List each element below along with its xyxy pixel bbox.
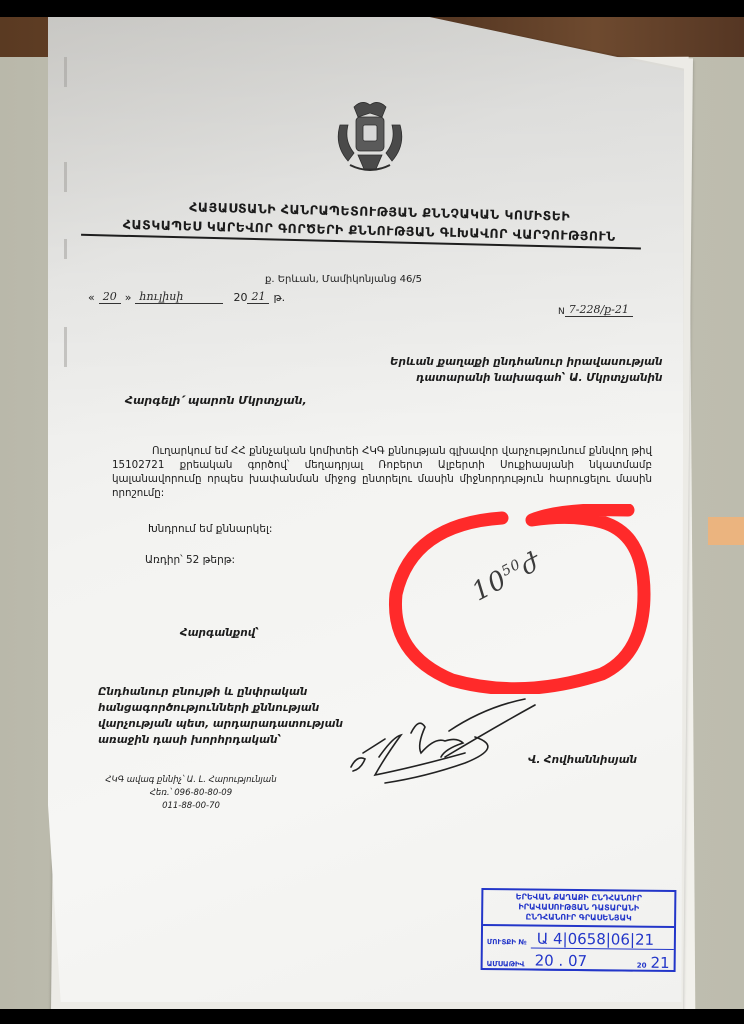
reference-value: 7-228/ք-21: [565, 303, 633, 317]
stamp-date-label: ԱՄՍԱԹԻՎ: [487, 960, 525, 968]
stamp-incoming-value: Ա 4|0658|06|21: [531, 930, 674, 950]
coat-of-arms-icon: [330, 95, 410, 177]
date-suffix: թ.: [273, 291, 285, 304]
stamp-incoming-row: ՄՈՒՏՔԻ № Ա 4|0658|06|21: [483, 926, 674, 950]
stamp-year-prefix: 20: [637, 962, 647, 970]
date-day: 20: [99, 290, 121, 304]
addressee-line-2: դատարանի նախագահ՝ Ա. Մկրտչյանին: [390, 370, 663, 386]
stamp-date-row: ԱՄՍԱԹԻՎ 20 . 07 20 21: [483, 948, 674, 972]
red-circle-annotation: [382, 504, 662, 694]
signer-title-line: հանցագործությունների քննության: [98, 700, 343, 716]
signer-title-line: առաջին դասի խորհրդական՝: [98, 732, 343, 748]
reference-number: N 7-228/ք-21: [558, 303, 633, 317]
staple-mark: [64, 327, 67, 367]
stamp-header: ԵՐԵՎԱՆ ՔԱՂԱՔԻ ԸՆԴՀԱՆՈՒՐ ԻՐԱՎԱՍՈՒԹՅԱՆ ԴԱՏ…: [483, 890, 674, 928]
staple-mark: [64, 239, 67, 259]
executor-contact: ՀԿԳ ավագ քննիչ՝ Ա. Լ. Հարությունյան Հեռ.…: [96, 774, 286, 813]
executor-phone-1: Հեռ.՝ 096-80-80-09: [96, 787, 286, 800]
executor-phone-2: 011-88-00-70: [96, 800, 286, 813]
orange-sticky-tab: [708, 517, 744, 545]
top-black-bar: [0, 0, 744, 17]
office-address: ք. Երևան, Մամիկոնյանց 46/5: [265, 274, 422, 285]
photo-scene: ՀԱՅԱՍՏԱՆԻ ՀԱՆՐԱՊԵՏՈՒԹՅԱՆ ՔՆՆՉԱԿԱՆ ԿՈՄԻՏԵ…: [0, 17, 744, 1009]
addressee-line-1: Երևան քաղաքի ընդհանուր իրավասության: [390, 354, 663, 370]
request-line: Խնդրում եմ քննարկել:: [148, 523, 272, 535]
attachment-line: Առդիր՝ 52 թերթ:: [145, 554, 235, 566]
letter-date: « 20 » հուլիսի 20 21 թ.: [88, 290, 285, 304]
letter-body: Ուղարկում եմ ՀՀ քննչական կոմիտեի ՀԿԳ քնն…: [112, 444, 652, 500]
date-month: հուլիսի: [135, 290, 223, 304]
stamp-incoming-label: ՄՈՒՏՔԻ №: [487, 938, 527, 946]
date-close-quote: »: [125, 291, 132, 304]
bottom-black-bar: [0, 1009, 744, 1024]
addressee-block: Երևան քաղաքի ընդհանուր իրավասության դատա…: [390, 354, 663, 386]
salutation: Հարգելի՛ պարոն Մկրտչյան,: [125, 394, 307, 407]
signer-title-block: Ընդհանուր բնույթի և ընփրական հանցագործու…: [98, 684, 343, 748]
stamp-year-value: 21: [650, 954, 669, 972]
date-year-suffix: 21: [247, 290, 269, 304]
stamp-header-line: ԸՆԴՀԱՆՈՒՐ ԳՐԱՍԵՆՅԱԿ: [483, 912, 674, 924]
closing-line: Հարգանքով՝: [180, 627, 259, 639]
reference-prefix: N: [558, 307, 565, 317]
handwritten-signature: [345, 697, 545, 787]
date-open-quote: «: [88, 291, 95, 304]
date-year-prefix: 20: [233, 291, 247, 304]
signer-title-line: վարչության պետ, արդարադատության: [98, 716, 343, 732]
court-registry-stamp: ԵՐԵՎԱՆ ՔԱՂԱՔԻ ԸՆԴՀԱՆՈՒՐ ԻՐԱՎԱՍՈՒԹՅԱՆ ԴԱՏ…: [481, 888, 677, 972]
executor-name: ՀԿԳ ավագ քննիչ՝ Ա. Լ. Հարությունյան: [96, 774, 286, 787]
letter-body-paragraph: Ուղարկում եմ ՀՀ քննչական կոմիտեի ՀԿԳ քնն…: [112, 444, 652, 500]
signer-title-line: Ընդհանուր բնույթի և ընփրական: [98, 684, 343, 700]
stamp-date-value: 20 . 07: [529, 951, 633, 971]
staple-mark: [64, 57, 67, 87]
signer-name: Վ. Հովհաննիսյան: [528, 754, 637, 766]
staple-mark: [64, 162, 67, 192]
